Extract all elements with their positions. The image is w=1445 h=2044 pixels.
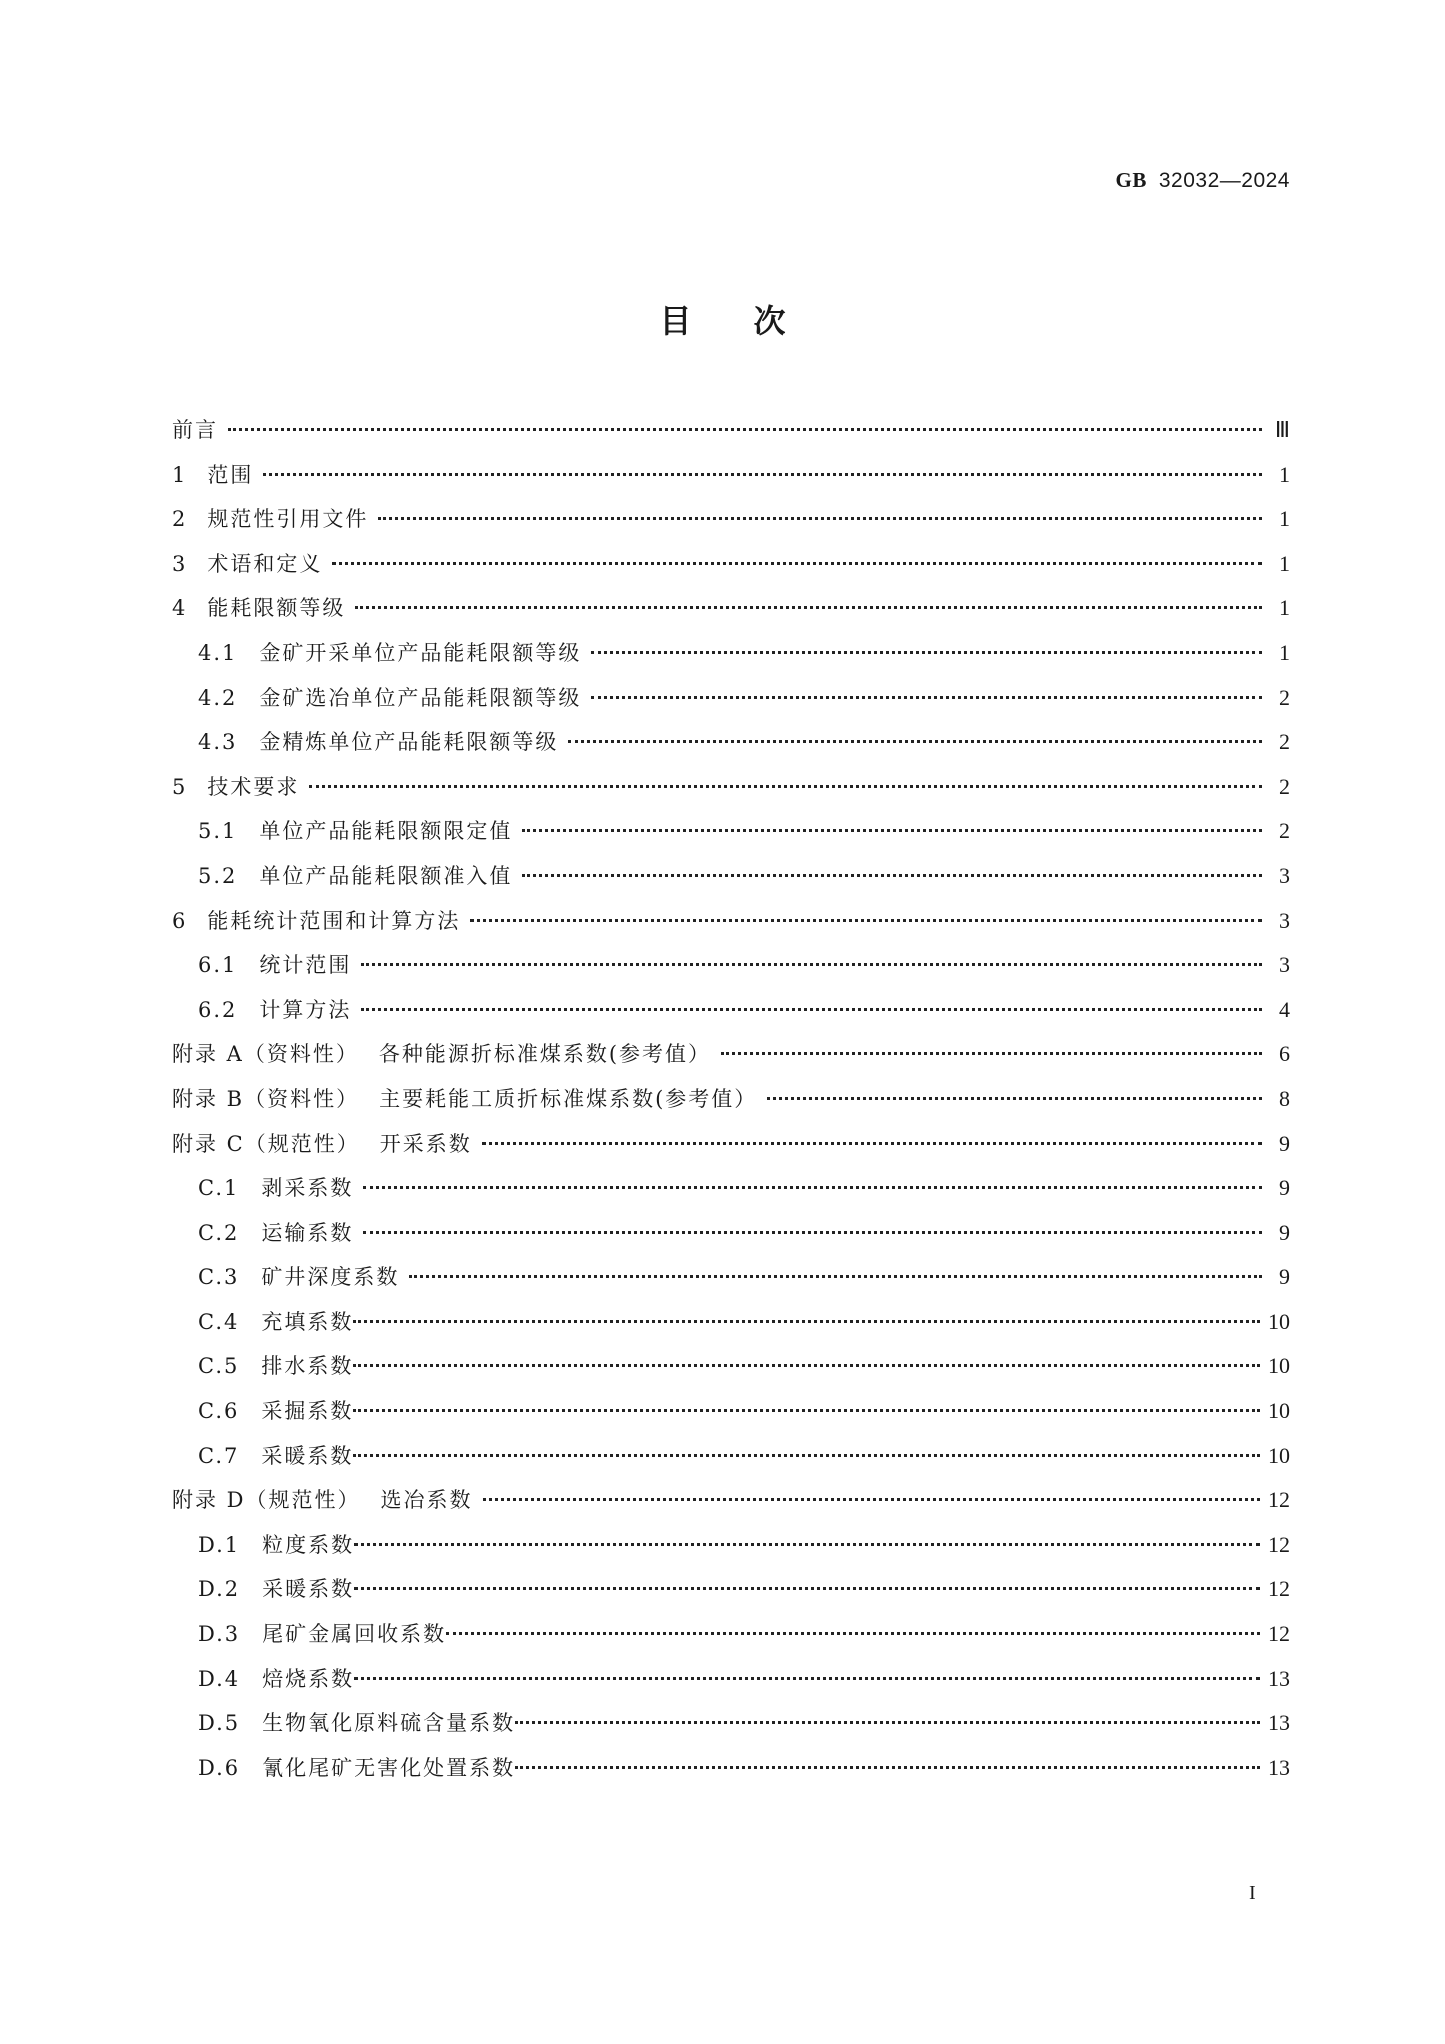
toc-entry-label: 各种能源折标准煤系数(参考值） [379, 1038, 711, 1068]
toc-entry-number: 4.2 [198, 686, 237, 710]
toc-entry-page: 2 [1270, 774, 1290, 800]
toc-entry[interactable]: 附录 A（资料性）各种能源折标准煤系数(参考值）6 [172, 1038, 1290, 1083]
toc-entry-number: C.5 [198, 1354, 239, 1378]
toc-entry-page: 9 [1270, 1220, 1290, 1246]
toc-entry-number: 2 [172, 507, 187, 531]
toc-entry-page: 8 [1270, 1086, 1290, 1112]
toc-entry-label: 焙烧系数 [262, 1663, 354, 1693]
dot-leader [361, 963, 1262, 966]
standard-number: 32032—2024 [1159, 169, 1290, 192]
toc-entry-number: 6 [172, 909, 187, 933]
dot-leader [354, 1543, 1260, 1546]
toc-entry-page: 12 [1268, 1487, 1290, 1513]
toc-entry-page: 6 [1270, 1041, 1290, 1067]
toc-entry[interactable]: 5.2单位产品能耗限额准入值3 [172, 860, 1290, 905]
toc-entry[interactable]: 4.1金矿开采单位产品能耗限额等级1 [172, 637, 1290, 682]
toc-entry-number: D.1 [198, 1533, 240, 1557]
toc-entry[interactable]: D.6氰化尾矿无害化处置系数13 [172, 1752, 1290, 1797]
toc-entry-page: 1 [1270, 506, 1290, 532]
toc-entry-page: 3 [1270, 908, 1290, 934]
dot-leader [470, 919, 1262, 922]
toc-entry[interactable]: 4.2金矿选冶单位产品能耗限额等级2 [172, 682, 1290, 727]
toc-entry[interactable]: 3术语和定义1 [172, 548, 1290, 593]
toc-entry-number: C.2 [198, 1221, 239, 1245]
toc-entry-label: 采暖系数 [261, 1440, 353, 1470]
toc-entry-label: 粒度系数 [262, 1529, 354, 1559]
toc-entry[interactable]: D.3尾矿金属回收系数12 [172, 1618, 1290, 1663]
dot-leader [353, 1364, 1260, 1367]
toc-entry-page: 12 [1268, 1576, 1290, 1602]
toc-entry[interactable]: 6.1统计范围3 [172, 949, 1290, 994]
toc-entry-label: 主要耗能工质折标准煤系数(参考值） [379, 1083, 757, 1113]
toc-entry-number: 6.1 [198, 953, 237, 977]
toc-entry[interactable]: C.2运输系数9 [172, 1217, 1290, 1262]
toc-entry-number: C.1 [198, 1176, 239, 1200]
dot-leader [355, 606, 1262, 609]
toc-entry-number: 3 [172, 552, 187, 576]
dot-leader [309, 785, 1262, 788]
page-number-footer: I [1249, 1882, 1256, 1905]
dot-leader [363, 1231, 1262, 1234]
dot-leader [354, 1587, 1260, 1590]
toc-entry-page: 13 [1268, 1710, 1290, 1736]
dot-leader [515, 1721, 1260, 1724]
toc-entry-label: 采暖系数 [262, 1573, 354, 1603]
toc-entry[interactable]: 1范围1 [172, 459, 1290, 504]
dot-leader [446, 1632, 1260, 1635]
dot-leader [522, 829, 1262, 832]
dot-leader [361, 1008, 1262, 1011]
toc-entry-page: 12 [1268, 1621, 1290, 1647]
toc-entry-page: 2 [1270, 729, 1290, 755]
toc-entry-page: 1 [1270, 462, 1290, 488]
toc-entry-label: 术语和定义 [207, 548, 322, 578]
toc-entry-label: 充填系数 [261, 1306, 353, 1336]
toc-entry-page: 1 [1270, 640, 1290, 666]
toc-entry[interactable]: 附录 D（规范性）选冶系数12 [172, 1484, 1290, 1529]
toc-entry-label: 能耗限额等级 [207, 592, 345, 622]
toc-entry-number: 附录 D（规范性） [172, 1484, 361, 1514]
toc-entry[interactable]: 5.1单位产品能耗限额限定值2 [172, 815, 1290, 860]
toc-entry-number: D.6 [198, 1756, 240, 1780]
toc-entry[interactable]: D.1粒度系数12 [172, 1529, 1290, 1574]
toc-entry-page: 10 [1268, 1443, 1290, 1469]
toc-entry-label: 范围 [207, 459, 253, 489]
toc-entry[interactable]: 4能耗限额等级1 [172, 592, 1290, 637]
toc-entry-page: 12 [1268, 1532, 1290, 1558]
toc-entry[interactable]: 6能耗统计范围和计算方法3 [172, 905, 1290, 950]
toc-entry[interactable]: C.4充填系数10 [172, 1306, 1290, 1351]
toc-entry[interactable]: 6.2计算方法4 [172, 994, 1290, 1039]
toc-entry-number: C.3 [198, 1265, 239, 1289]
toc-entry-label: 采掘系数 [261, 1395, 353, 1425]
toc-entry-number: 1 [172, 463, 187, 487]
dot-leader [263, 473, 1262, 476]
toc-entry-number: 4.1 [198, 641, 237, 665]
toc-entry[interactable]: D.5生物氧化原料硫含量系数13 [172, 1707, 1290, 1752]
page-title: 目次 [0, 296, 1445, 342]
toc-entry-number: D.4 [198, 1667, 240, 1691]
toc-entry[interactable]: C.6采掘系数10 [172, 1395, 1290, 1440]
table-of-contents: 前言Ⅲ1范围12规范性引用文件13术语和定义14能耗限额等级14.1金矿开采单位… [172, 414, 1290, 1796]
toc-entry-label: 剥采系数 [261, 1172, 353, 1202]
toc-entry-number: 5.1 [198, 819, 237, 843]
toc-entry[interactable]: 4.3金精炼单位产品能耗限额等级2 [172, 726, 1290, 771]
toc-entry-label: 氰化尾矿无害化处置系数 [262, 1752, 515, 1782]
toc-entry-number: C.6 [198, 1399, 239, 1423]
toc-entry-label: 尾矿金属回收系数 [262, 1618, 446, 1648]
toc-entry-page: 3 [1270, 952, 1290, 978]
toc-entry[interactable]: D.4焙烧系数13 [172, 1663, 1290, 1708]
toc-entry-number: 4.3 [198, 730, 237, 754]
dot-leader [515, 1766, 1260, 1769]
toc-entry[interactable]: 附录 B（资料性）主要耗能工质折标准煤系数(参考值）8 [172, 1083, 1290, 1128]
toc-entry-number: 附录 A（资料性） [172, 1038, 359, 1068]
toc-entry-label: 单位产品能耗限额限定值 [259, 815, 512, 845]
toc-entry-number: C.7 [198, 1444, 239, 1468]
toc-entry-page: 1 [1270, 551, 1290, 577]
toc-entry-page: 1 [1270, 595, 1290, 621]
dot-leader [363, 1186, 1262, 1189]
standard-prefix: GB [1116, 168, 1147, 192]
toc-entry[interactable]: C.1剥采系数9 [172, 1172, 1290, 1217]
toc-entry[interactable]: C.5排水系数10 [172, 1350, 1290, 1395]
dot-leader [354, 1677, 1260, 1680]
toc-entry-label: 金精炼单位产品能耗限额等级 [259, 726, 558, 756]
toc-entry-page: 2 [1270, 685, 1290, 711]
dot-leader [228, 428, 1262, 431]
toc-entry-page: 3 [1270, 863, 1290, 889]
toc-entry-page: 13 [1268, 1666, 1290, 1692]
toc-entry-page: 4 [1270, 997, 1290, 1023]
dot-leader [353, 1320, 1260, 1323]
dot-leader [482, 1142, 1262, 1145]
toc-entry-label: 能耗统计范围和计算方法 [207, 905, 460, 935]
dot-leader [591, 651, 1262, 654]
dot-leader [591, 696, 1262, 699]
toc-entry-page: 9 [1270, 1264, 1290, 1290]
toc-entry-page: 10 [1268, 1398, 1290, 1424]
toc-entry[interactable]: C.7采暖系数10 [172, 1440, 1290, 1485]
dot-leader [378, 517, 1262, 520]
toc-entry[interactable]: 附录 C（规范性）开采系数9 [172, 1128, 1290, 1173]
toc-entry-label: 前言 [172, 414, 218, 444]
toc-entry-page: 9 [1270, 1131, 1290, 1157]
toc-entry-label: 统计范围 [259, 949, 351, 979]
toc-entry-page: Ⅲ [1270, 417, 1290, 443]
toc-entry-label: 规范性引用文件 [207, 503, 368, 533]
toc-entry-page: 10 [1268, 1353, 1290, 1379]
toc-entry-number: 附录 B（资料性） [172, 1083, 359, 1113]
toc-entry-page: 13 [1268, 1755, 1290, 1781]
toc-entry-label: 金矿选冶单位产品能耗限额等级 [259, 682, 581, 712]
toc-entry-page: 9 [1270, 1175, 1290, 1201]
toc-entry-label: 排水系数 [261, 1350, 353, 1380]
dot-leader [353, 1409, 1260, 1412]
toc-entry-number: 附录 C（规范性） [172, 1128, 360, 1158]
toc-entry-number: 5 [172, 775, 187, 799]
toc-entry-label: 运输系数 [261, 1217, 353, 1247]
toc-entry-label: 选冶系数 [381, 1484, 473, 1514]
dot-leader [483, 1498, 1260, 1501]
toc-entry-number: C.4 [198, 1310, 239, 1334]
dot-leader [767, 1097, 1262, 1100]
toc-entry-number: D.3 [198, 1622, 240, 1646]
toc-entry-label: 技术要求 [207, 771, 299, 801]
document-header: GB32032—2024 [1116, 168, 1290, 193]
toc-entry-page: 2 [1270, 818, 1290, 844]
toc-entry-number: D.2 [198, 1577, 240, 1601]
toc-entry[interactable]: D.2采暖系数12 [172, 1573, 1290, 1618]
dot-leader [522, 874, 1262, 877]
toc-entry[interactable]: C.3矿井深度系数9 [172, 1261, 1290, 1306]
toc-entry-number: 6.2 [198, 998, 237, 1022]
toc-entry-label: 金矿开采单位产品能耗限额等级 [259, 637, 581, 667]
toc-entry-number: D.5 [198, 1711, 240, 1735]
toc-entry-label: 生物氧化原料硫含量系数 [262, 1707, 515, 1737]
toc-entry[interactable]: 5技术要求2 [172, 771, 1290, 816]
dot-leader [568, 740, 1262, 743]
toc-entry-number: 4 [172, 596, 187, 620]
dot-leader [332, 562, 1262, 565]
dot-leader [409, 1275, 1262, 1278]
dot-leader [721, 1052, 1262, 1055]
toc-entry-label: 单位产品能耗限额准入值 [259, 860, 512, 890]
toc-entry-number: 5.2 [198, 864, 237, 888]
toc-entry-label: 计算方法 [259, 994, 351, 1024]
toc-entry-label: 矿井深度系数 [261, 1261, 399, 1291]
toc-entry-page: 10 [1268, 1309, 1290, 1335]
toc-entry[interactable]: 2规范性引用文件1 [172, 503, 1290, 548]
toc-entry[interactable]: 前言Ⅲ [172, 414, 1290, 459]
toc-entry-label: 开采系数 [380, 1128, 472, 1158]
dot-leader [353, 1454, 1260, 1457]
